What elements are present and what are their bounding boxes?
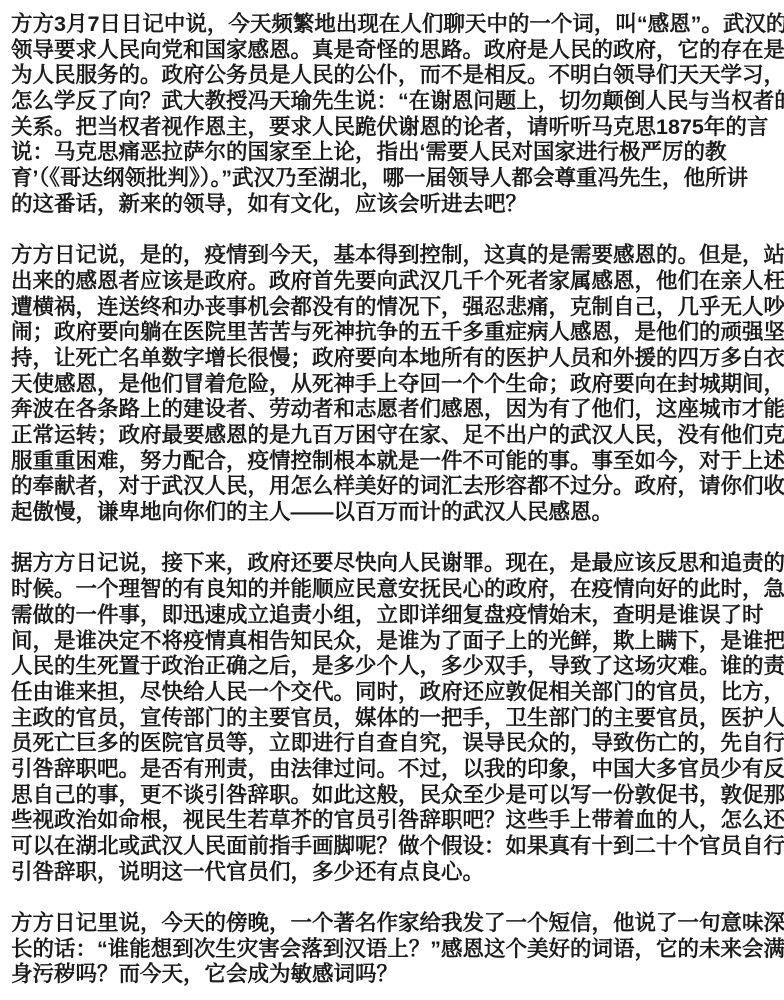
text-line: 说：马克思痛恶拉萨尔的国家至上论，指出‘需要人民对国家进行极严厉的教	[11, 140, 778, 166]
text-line: 员死亡巨多的医院官员等，立即进行自查自究，误导民众的，导致伤亡的，先自行	[11, 731, 778, 757]
text-line: 天使感恩，是他们冒着危险，从死神手上夺回一个个生命；政府要向在封城期间，	[11, 372, 778, 398]
text-line: 起傲慢，谦卑地向你们的主人——以百万而计的武汉人民感恩。	[11, 500, 778, 526]
text-line: 时候。一个理智的有良知的并能顺应民意安抚民心的政府，在疫情向好的此时，急	[11, 577, 778, 603]
text-line: 闹；政府要向躺在医院里苦苦与死神抗争的五千多重症病人感恩，是他们的顽强坚	[11, 320, 778, 346]
text-line: 方方日记说，是的，疫情到今天，基本得到控制，这真的是需要感恩的。但是，站	[11, 243, 778, 269]
text-line: 思自己的事，更不谈引咎辞职。如此这般，民众至少是可以写一份敦促书，敦促那	[11, 783, 778, 809]
text-line: 长的话：“谁能想到次生灾害会落到汉语上？”感恩这个美好的词语，它的未来会满	[11, 937, 778, 963]
text-line: 需做的一件事，即迅速成立追责小组，立即详细复盘疫情始末，查明是谁误了时	[11, 603, 778, 629]
text-line: 的奉献者，对于武汉人民，用怎么样美好的词汇去形容都不过分。政府，请你们收	[11, 474, 778, 500]
text-line: 遭横祸，连送终和办丧事机会都没有的情况下，强忍悲痛，克制自己，几乎无人吵	[11, 295, 778, 321]
text-line: 可以在湖北或武汉人民面前指手画脚呢？做个假设：如果真有十到二十个官员自行	[11, 834, 778, 860]
text-line: 人民的生死置于政治正确之后，是多少个人，多少双手，导致了这场灾难。谁的责	[11, 654, 778, 680]
text-line: 方方3月7日日记中说，今天频繁地出现在人们聊天中的一个词，叫“感恩”。武汉的	[11, 12, 778, 38]
text-line: 主政的官员，宣传部门的主要官员，媒体的一把手，卫生部门的主要官员，医护人	[11, 706, 778, 732]
text-line: 任由谁来担，尽快给人民一个交代。同时，政府还应敦促相关部门的官员，比方，	[11, 680, 778, 706]
text-line: 据方方日记说，接下来，政府还要尽快向人民谢罪。现在，是最应该反思和追责的	[11, 551, 778, 577]
text-line: 些视政治如命根，视民生若草芥的官员引咎辞职吧？这些手上带着血的人，怎么还	[11, 808, 778, 834]
paragraph-4: 方方日记里说，今天的傍晚，一个著名作家给我发了一个短信，他说了一句意味深 长的话…	[11, 911, 778, 988]
text-line: 间，是谁决定不将疫情真相告知民众，是谁为了面子上的光鲜，欺上瞒下，是谁把	[11, 629, 778, 655]
document-body: 方方3月7日日记中说，今天频繁地出现在人们聊天中的一个词，叫“感恩”。武汉的 领…	[0, 0, 784, 988]
text-line: 出来的感恩者应该是政府。政府首先要向武汉几千个死者家属感恩，他们在亲人枉	[11, 269, 778, 295]
text-line: 持，让死亡名单数字增长很慢；政府要向本地所有的医护人员和外援的四万多白衣	[11, 346, 778, 372]
text-line: 方方日记里说，今天的傍晚，一个著名作家给我发了一个短信，他说了一句意味深	[11, 911, 778, 937]
text-line: 奔波在各条路上的建设者、劳动者和志愿者们感恩，因为有了他们，这座城市才能	[11, 397, 778, 423]
paragraph-3: 据方方日记说，接下来，政府还要尽快向人民谢罪。现在，是最应该反思和追责的 时候。…	[11, 551, 778, 885]
text-line: 怎么学反了向？武大教授冯天瑜先生说：“在谢恩问题上，切勿颠倒人民与当权者的	[11, 89, 778, 115]
paragraph-2: 方方日记说，是的，疫情到今天，基本得到控制，这真的是需要感恩的。但是，站 出来的…	[11, 243, 778, 526]
text-line: 领导要求人民向党和国家感恩。真是奇怪的思路。政府是人民的政府，它的存在是	[11, 38, 778, 64]
text-line: 引咎辞职吧。是否有刑责，由法律过问。不过，以我的印象，中国大多官员少有反	[11, 757, 778, 783]
text-line: 关系。把当权者视作恩主，要求人民跪伏谢恩的论者，请听听马克思1875年的言	[11, 115, 778, 141]
text-line: 的这番话，新来的领导，如有文化，应该会听进去吧？	[11, 192, 778, 218]
text-line: 育’（《哥达纲领批判》）。”武汉乃至湖北，哪一届领导人都会尊重冯先生，他所讲	[11, 166, 778, 192]
paragraph-1: 方方3月7日日记中说，今天频繁地出现在人们聊天中的一个词，叫“感恩”。武汉的 领…	[11, 12, 778, 218]
text-line: 身污秽吗？而今天，它会成为敏感词吗？	[11, 962, 778, 988]
text-line: 服重重困难，努力配合，疫情控制根本就是一件不可能的事。事至如今，对于上述	[11, 449, 778, 475]
text-line: 为人民服务的。政府公务员是人民的公仆，而不是相反。不明白领导们天天学习，	[11, 63, 778, 89]
text-line: 引咎辞职，说明这一代官员们，多少还有点良心。	[11, 860, 778, 886]
text-line: 正常运转；政府最要感恩的是九百万困守在家、足不出户的武汉人民，没有他们克	[11, 423, 778, 449]
